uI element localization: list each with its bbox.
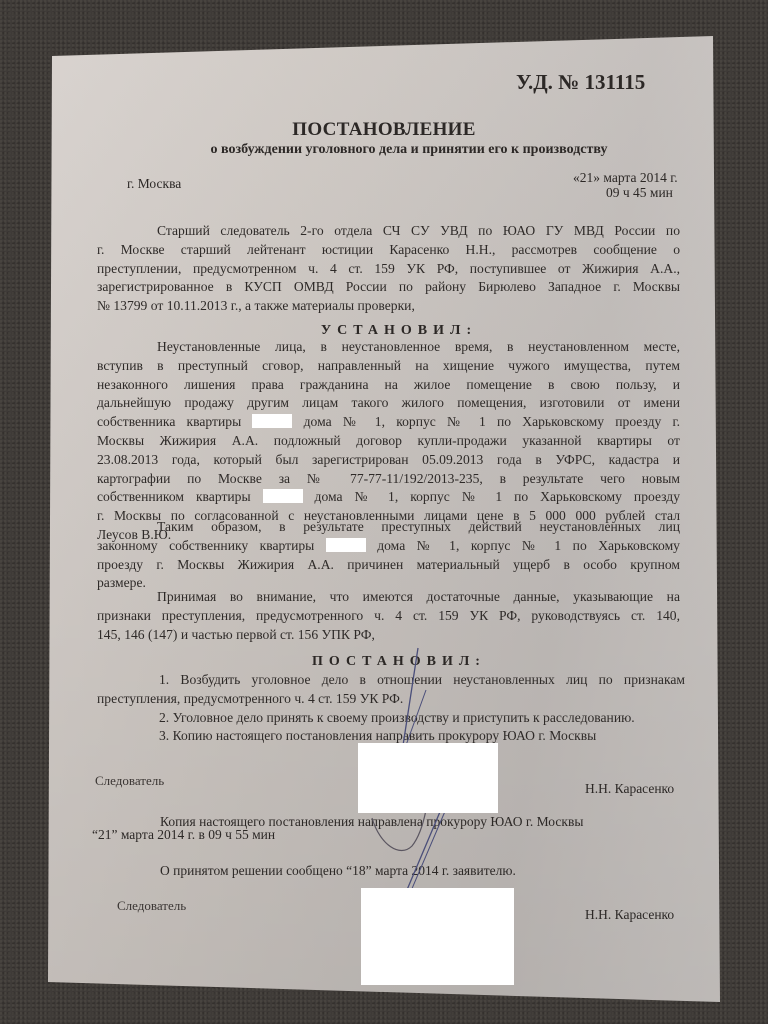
redacted-apartment-number [326, 538, 366, 552]
document-title: ПОСТАНОВЛЕНИЕ [0, 120, 768, 139]
document-subtitle: о возбуждении уголовного дела и принятии… [0, 143, 768, 157]
signature-label: Следователь [95, 774, 164, 787]
heading-decided: ПОСТАНОВИЛ: [0, 654, 768, 670]
text-line: 23.08.2013 года, который был зарегистрир… [97, 451, 680, 470]
text-line: Старший следователь 2-го отдела СЧ СУ УВ… [97, 222, 680, 241]
intro-paragraph: Старший следователь 2-го отдела СЧ СУ УВ… [97, 222, 680, 316]
text-line: Москвы Жижирия А.А. подложный договор ку… [97, 432, 680, 451]
text-line: зарегистрированное в КУСП ОМВД России по… [97, 278, 680, 297]
text-line: № 13799 от 10.11.2013 г., а также матери… [97, 297, 680, 316]
text-line: признаки преступления, предусмотренного … [97, 607, 680, 626]
signature-label-2: Следователь [117, 899, 186, 912]
text-line: собственника квартиры дома № 1, корпус №… [97, 413, 680, 432]
consider-paragraph: Принимая во внимание, что имеются достат… [97, 588, 680, 644]
text-line: преступлении, предусмотренном ч. 4 ст. 1… [97, 260, 680, 279]
text-line: Принимая во внимание, что имеются достат… [97, 588, 680, 607]
thus-paragraph: Таким образом, в результате преступных д… [97, 518, 680, 593]
notification-note: О принятом решении сообщено “18” марта 2… [160, 864, 516, 878]
signature-name-2: Н.Н. Карасенко [585, 908, 674, 922]
text-line: Таким образом, в результате преступных д… [97, 518, 680, 537]
text-line: проезду г. Москвы Жижирия А.А. причинен … [97, 556, 680, 575]
document-time: 09 ч 45 мин [606, 186, 673, 200]
text-line: г. Москве старший лейтенант юстиции Кара… [97, 241, 680, 260]
established-paragraph: Неустановленные лица, в неустановленное … [97, 338, 680, 545]
heading-established: УСТАНОВИЛ: [0, 323, 768, 339]
case-number: У.Д. № 131115 [516, 72, 645, 93]
text-line: законному собственнику квартиры дома № 1… [97, 537, 680, 556]
decree-item-1: 1. Возбудить уголовное дело в отношении … [97, 671, 685, 690]
decree-item-1-cont: преступления, предусмотренного ч. 4 ст. … [97, 690, 685, 709]
signature-name: Н.Н. Карасенко [585, 782, 674, 796]
text-line: собственником квартиры дома № 1, корпус … [97, 488, 680, 507]
decree-list: 1. Возбудить уголовное дело в отношении … [97, 671, 685, 746]
text-line: незаконного лишения права гражданина на … [97, 376, 680, 395]
redacted-signature [358, 743, 498, 813]
decree-item-2: 2. Уголовное дело принять к своему произ… [97, 709, 685, 728]
text-line: Неустановленные лица, в неустановленное … [97, 338, 680, 357]
city: г. Москва [127, 177, 181, 191]
text-line: 145, 146 (147) и частью первой ст. 156 У… [97, 626, 680, 645]
text-line: вступив в преступный сговор, направленны… [97, 357, 680, 376]
text-line: дальнейшую продажу другим лицам такого ж… [97, 394, 680, 413]
redacted-apartment-number [263, 489, 303, 503]
redacted-signature-2 [361, 888, 514, 985]
redacted-apartment-number [252, 414, 292, 428]
document-date: «21» марта 2014 г. [573, 171, 678, 185]
text-line: картографии по Москве за № 77-77-11/192/… [97, 470, 680, 489]
copy-sent-date: “21” марта 2014 г. в 09 ч 55 мин [92, 828, 275, 842]
